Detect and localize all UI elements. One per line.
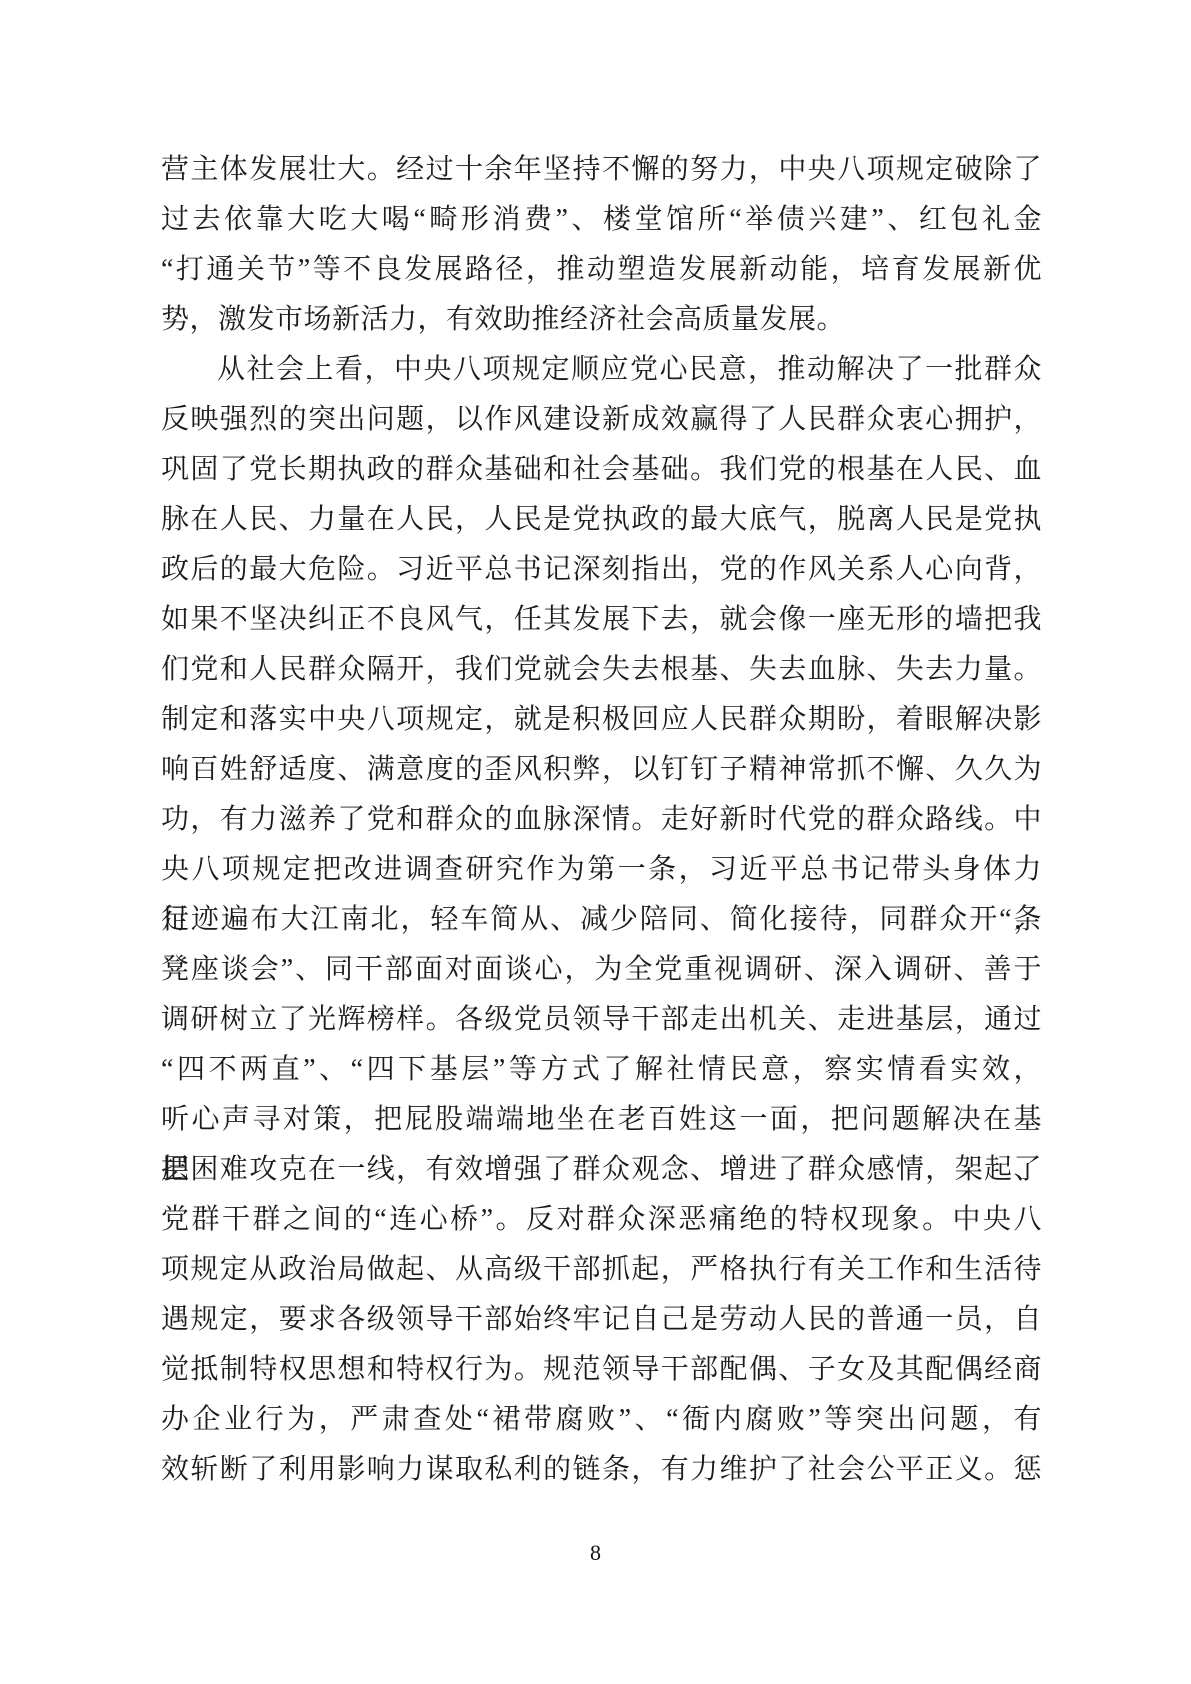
text-line: 政后的最大危险。习近平总书记深刻指出，党的作风关系人心向背， [161,545,1042,595]
text-line: 势，激发市场新活力，有效助推经济社会高质量发展。 [161,295,1042,345]
text-line: 觉抵制特权思想和特权行为。规范领导干部配偶、子女及其配偶经商 [161,1345,1042,1395]
text-line: 过去依靠大吃大喝“畸形消费”、楼堂馆所“举债兴建”、红包礼金 [161,195,1042,245]
text-line: 巩固了党长期执政的群众基础和社会基础。我们党的根基在人民、血 [161,445,1042,495]
text-line: “四不两直”、“四下基层”等方式了解社情民意，察实情看实效， [161,1045,1042,1095]
page-number: 8 [0,1538,1191,1568]
text-line: 营主体发展壮大。经过十余年坚持不懈的努力，中央八项规定破除了 [161,145,1042,195]
text-line: 如果不坚决纠正不良风气，任其发展下去，就会像一座无形的墙把我 [161,595,1042,645]
text-line: 调研树立了光辉榜样。各级党员领导干部走出机关、走进基层，通过 [161,995,1042,1045]
text-line: 遇规定，要求各级领导干部始终牢记自己是劳动人民的普通一员，自 [161,1295,1042,1345]
document-page: 营主体发展壮大。经过十余年坚持不懈的努力，中央八项规定破除了过去依靠大吃大喝“畸… [0,0,1191,1684]
text-line: 把困难攻克在一线，有效增强了群众观念、增进了群众感情，架起了 [161,1145,1042,1195]
text-line: 们党和人民群众隔开，我们党就会失去根基、失去血脉、失去力量。 [161,645,1042,695]
text-line: 足迹遍布大江南北，轻车简从、减少陪同、简化接待，同群众开“条 [161,895,1042,945]
text-line: 反映强烈的突出问题，以作风建设新成效赢得了人民群众衷心拥护， [161,395,1042,445]
text-line: 脉在人民、力量在人民，人民是党执政的最大底气，脱离人民是党执 [161,495,1042,545]
text-line: 办企业行为，严肃查处“裙带腐败”、“衙内腐败”等突出问题，有 [161,1395,1042,1445]
text-line: 央八项规定把改进调查研究作为第一条，习近平总书记带头身体力行， [161,845,1042,895]
text-line: 凳座谈会”、同干部面对面谈心，为全党重视调研、深入调研、善于 [161,945,1042,995]
text-line: “打通关节”等不良发展路径，推动塑造发展新动能，培育发展新优 [161,245,1042,295]
text-line: 响百姓舒适度、满意度的歪风积弊，以钉钉子精神常抓不懈、久久为 [161,745,1042,795]
text-line: 听心声寻对策，把屁股端端地坐在老百姓这一面，把问题解决在基层、 [161,1095,1042,1145]
document-body: 营主体发展壮大。经过十余年坚持不懈的努力，中央八项规定破除了过去依靠大吃大喝“畸… [161,145,1042,1495]
text-line: 制定和落实中央八项规定，就是积极回应人民群众期盼，着眼解决影 [161,695,1042,745]
text-line: 功，有力滋养了党和群众的血脉深情。走好新时代党的群众路线。中 [161,795,1042,845]
text-line: 党群干群之间的“连心桥”。反对群众深恶痛绝的特权现象。中央八 [161,1195,1042,1245]
text-line: 从社会上看，中央八项规定顺应党心民意，推动解决了一批群众 [161,345,1042,395]
text-line: 效斩断了利用影响力谋取私利的链条，有力维护了社会公平正义。惩 [161,1445,1042,1495]
text-line: 项规定从政治局做起、从高级干部抓起，严格执行有关工作和生活待 [161,1245,1042,1295]
